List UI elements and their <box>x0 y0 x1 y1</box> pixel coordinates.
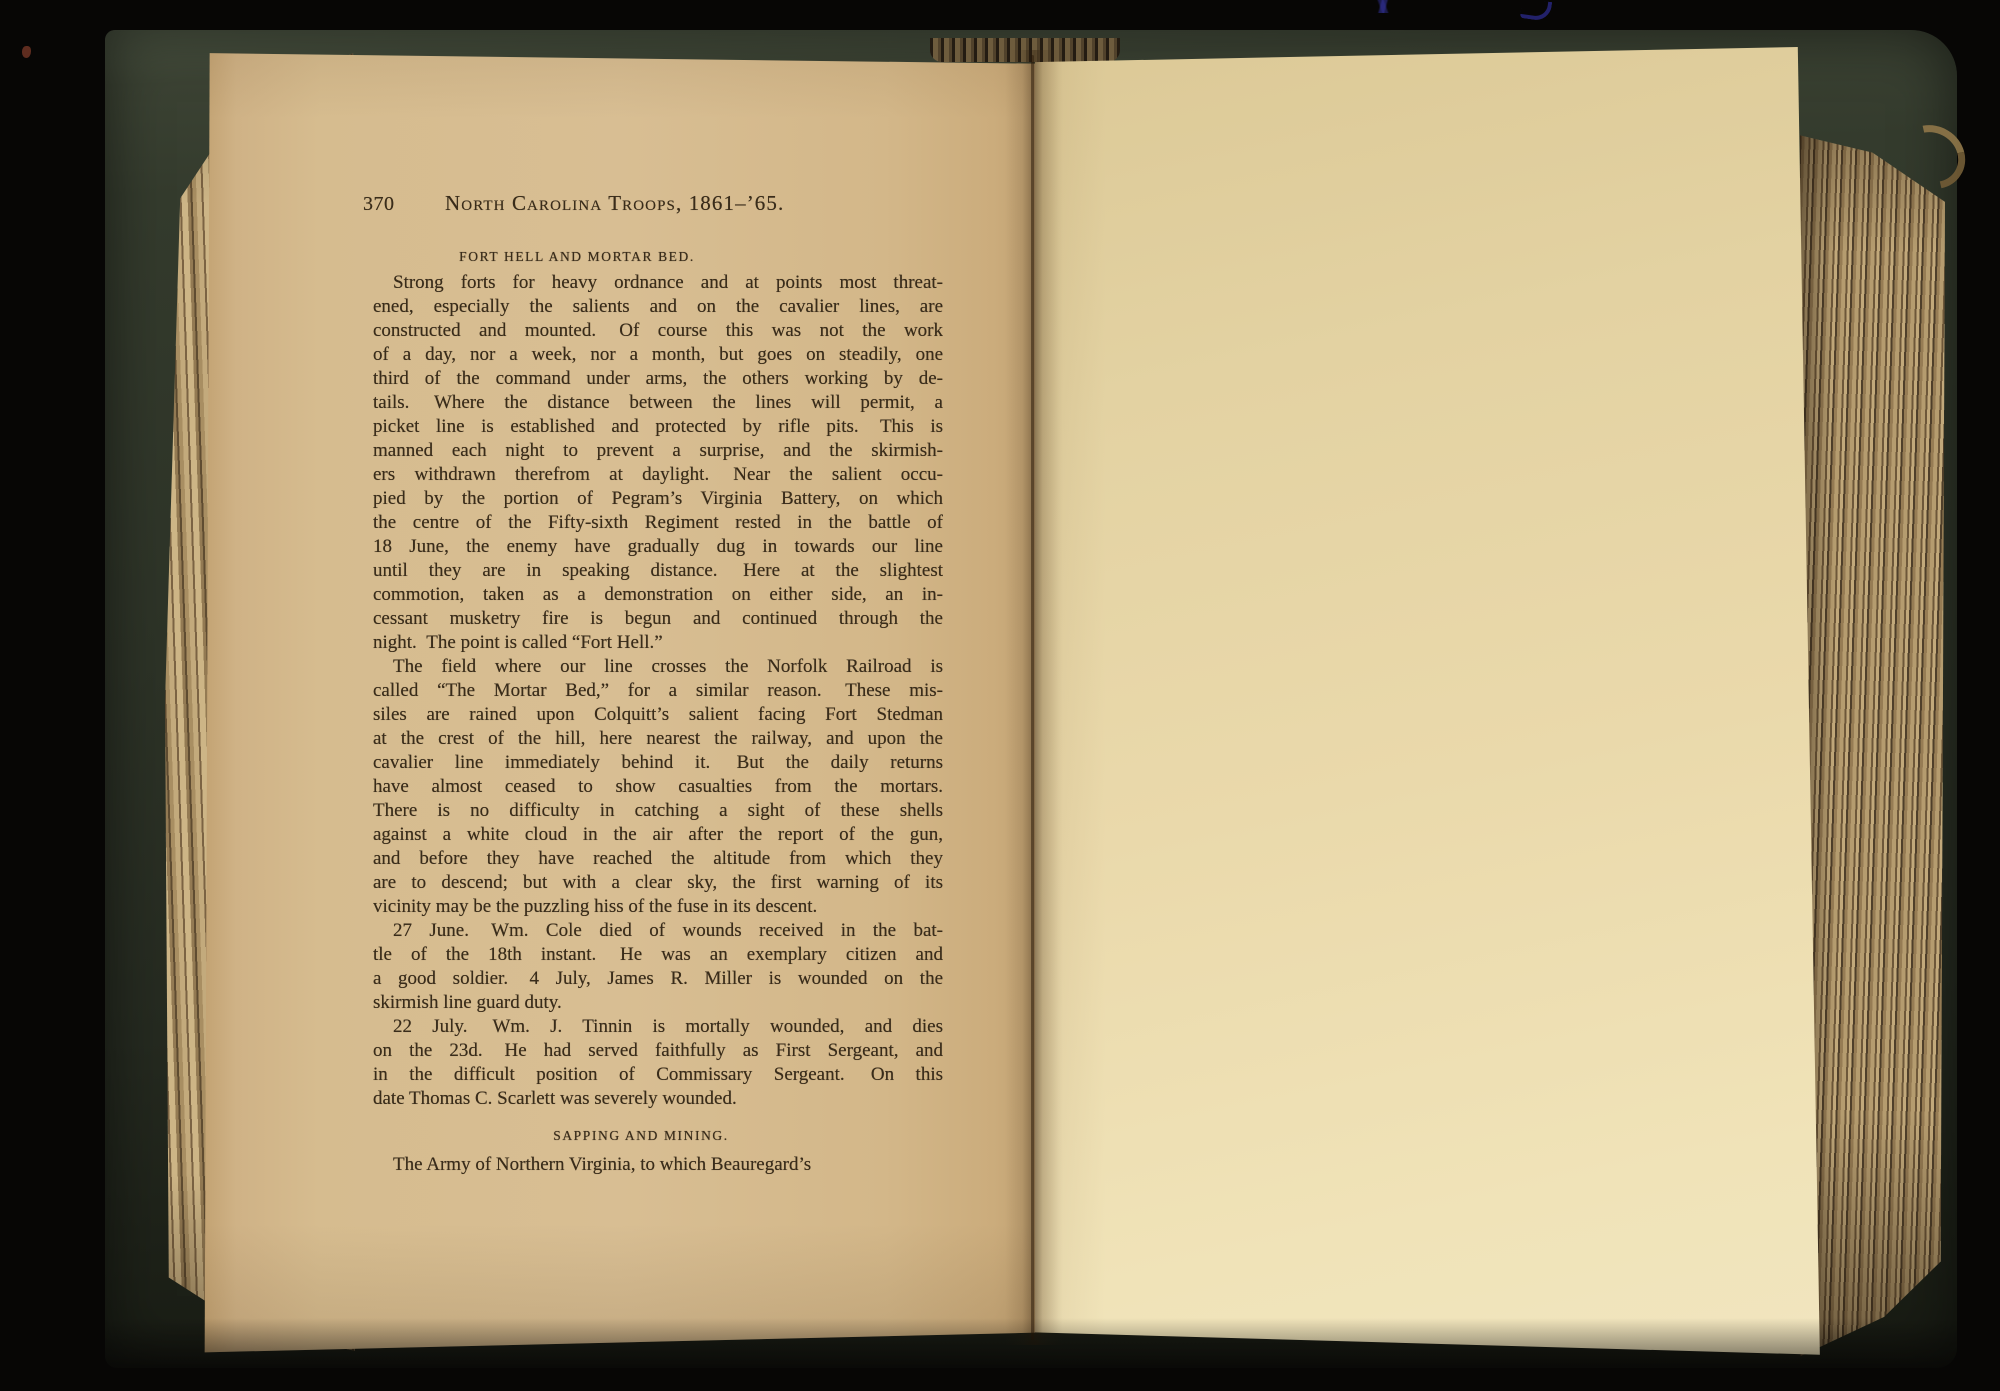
text-line: manned each night to prevent a surprise,… <box>373 439 943 463</box>
body-lines: Strong forts for heavy ordnance and at p… <box>373 271 943 1111</box>
gutter-crease <box>1031 55 1034 1340</box>
text-line: ened, especially the salients and on the… <box>373 295 943 319</box>
text-line: third of the command under arms, the oth… <box>373 367 943 391</box>
text-line: date Thomas C. Scarlett was severely wou… <box>373 1087 943 1111</box>
text-column: Strong forts for heavy ordnance and at p… <box>373 271 943 1177</box>
text-line: Strong forts for heavy ordnance and at p… <box>373 271 943 295</box>
text-line: at the crest of the hill, here nearest t… <box>373 727 943 751</box>
text-line: on the 23d. He had served faithfully as … <box>373 1039 943 1063</box>
text-line: night. The point is called “Fort Hell.” <box>373 631 943 655</box>
page-number: 370 <box>363 193 395 216</box>
text-line: constructed and mounted. Of course this … <box>373 319 943 343</box>
text-line: cavalier line immediately behind it. But… <box>373 751 943 775</box>
running-title: North Carolina Troops, 1861–’65. <box>445 192 784 215</box>
blue-ink-mark <box>1520 0 1552 22</box>
right-page-blank <box>1035 45 1823 1360</box>
text-line: tle of the 18th instant. He was an exemp… <box>373 943 943 967</box>
text-line: have almost ceased to show casualties fr… <box>373 775 943 799</box>
text-line: are to descend; but with a clear sky, th… <box>373 871 943 895</box>
text-line: until they are in speaking distance. Her… <box>373 559 943 583</box>
text-line: The field where our line crosses the Nor… <box>373 655 943 679</box>
blue-ink-mark <box>1352 0 1414 13</box>
section-heading-sapping: SAPPING AND MINING. <box>373 1127 943 1145</box>
text-line: commotion, taken as a demonstration on e… <box>373 583 943 607</box>
text-line: vicinity may be the puzzling hiss of the… <box>373 895 943 919</box>
text-line: 27 June. Wm. Cole died of wounds receive… <box>373 919 943 943</box>
text-line: 18 June, the enemy have gradually dug in… <box>373 535 943 559</box>
text-line: pied by the portion of Pegram’s Virginia… <box>373 487 943 511</box>
text-line: and before they have reached the altitud… <box>373 847 943 871</box>
page-header: 370 North Carolina Troops, 1861–’65. <box>373 192 943 216</box>
section-heading-fort-hell: FORT HELL AND MORTAR BED. <box>373 248 943 266</box>
closing-lines: The Army of Northern Virginia, to which … <box>373 1153 943 1177</box>
text-line: picket line is established and protected… <box>373 415 943 439</box>
text-line: tails. Where the distance between the li… <box>373 391 943 415</box>
page-edges-right <box>1800 128 1945 1360</box>
text-line: of a day, nor a week, nor a month, but g… <box>373 343 943 367</box>
red-ink-speck <box>22 46 31 58</box>
text-line: ers withdrawn therefrom at daylight. Nea… <box>373 463 943 487</box>
text-line: siles are rained upon Colquitt’s salient… <box>373 703 943 727</box>
text-line: called “The Mortar Bed,” for a similar r… <box>373 679 943 703</box>
text-line: in the difficult position of Commissary … <box>373 1063 943 1087</box>
text-line: the centre of the Fifty-sixth Regiment r… <box>373 511 943 535</box>
text-line: There is no difficulty in catching a sig… <box>373 799 943 823</box>
text-line: 22 July. Wm. J. Tinnin is mortally wound… <box>373 1015 943 1039</box>
text-line: cessant musketry fire is begun and conti… <box>373 607 943 631</box>
text-line: The Army of Northern Virginia, to which … <box>373 1153 943 1177</box>
gutter-shadow <box>1005 50 1063 1345</box>
book-photo: 370 North Carolina Troops, 1861–’65. FOR… <box>0 0 2000 1391</box>
text-line: skirmish line guard duty. <box>373 991 943 1015</box>
text-line: against a white cloud in the air after t… <box>373 823 943 847</box>
text-line: a good soldier. 4 July, James R. Miller … <box>373 967 943 991</box>
